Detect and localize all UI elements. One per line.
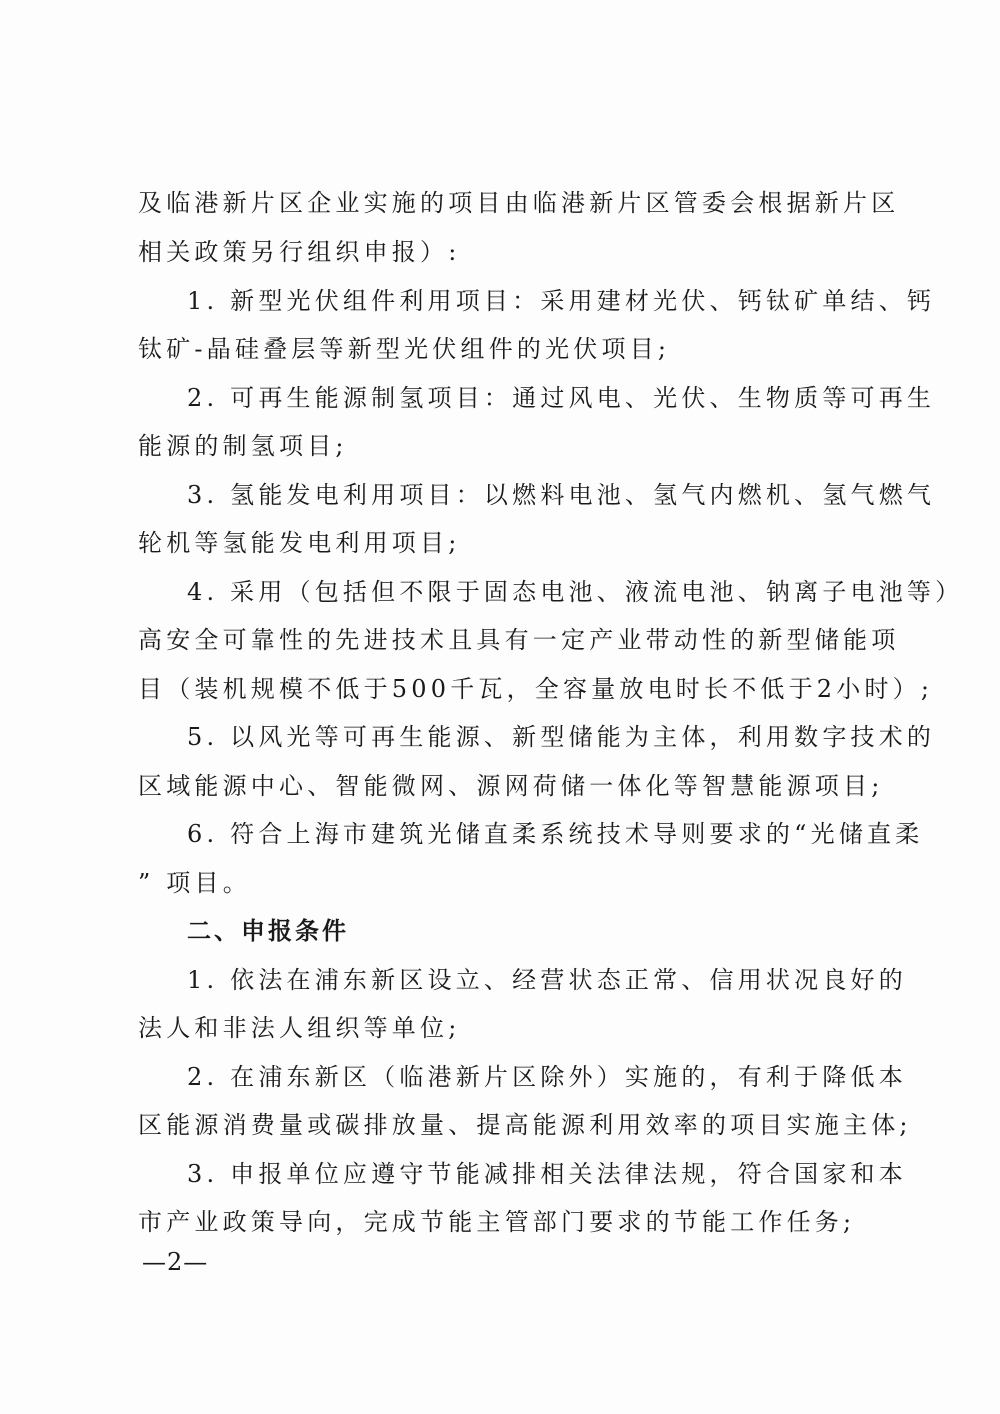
- list-item-1: 1. 新型光伏组件利用项目：采用建材光伏、钙钛矿单结、钙: [187, 286, 877, 316]
- list-item-5: 5. 以风光等可再生能源、新型储能为主体，利用数字技术的: [187, 722, 877, 752]
- body-line: 钛矿-晶硅叠层等新型光伏组件的光伏项目;: [138, 334, 878, 364]
- body-line: 及临港新片区企业实施的项目由临港新片区管委会根据新片区: [138, 188, 878, 218]
- body-line: 能源的制氢项目;: [138, 431, 878, 461]
- body-line: 高安全可靠性的先进技术且具有一定产业带动性的新型储能项: [138, 625, 878, 655]
- list-item-4: 4. 采用（包括但不限于固态电池、液流电池、钠离子电池等）: [187, 577, 877, 607]
- body-line: ” 项目。: [138, 868, 878, 898]
- condition-item-1: 1. 依法在浦东新区设立、经营状态正常、信用状况良好的: [187, 965, 877, 995]
- body-line: 法人和非法人组织等单位;: [138, 1013, 878, 1043]
- page-number: —2—: [142, 1248, 208, 1276]
- list-item-2: 2. 可再生能源制氢项目：通过风电、光伏、生物质等可再生: [187, 383, 877, 413]
- body-line: 目（装机规模不低于500千瓦，全容量放电时长不低于2小时）;: [138, 674, 878, 704]
- body-line: 市产业政策导向，完成节能主管部门要求的节能工作任务;: [138, 1207, 878, 1237]
- body-line: 区能源消费量或碳排放量、提高能源利用效率的项目实施主体;: [138, 1110, 878, 1140]
- condition-item-2: 2. 在浦东新区（临港新片区除外）实施的，有利于降低本: [187, 1062, 877, 1092]
- list-item-3: 3. 氢能发电利用项目：以燃料电池、氢气内燃机、氢气燃气: [187, 480, 877, 510]
- list-item-6: 6. 符合上海市建筑光储直柔系统技术导则要求的“光储直柔: [187, 819, 877, 849]
- section-heading: 二、申报条件: [187, 916, 877, 946]
- condition-item-3: 3. 申报单位应遵守节能减排相关法律法规，符合国家和本: [187, 1159, 877, 1189]
- body-line: 相关政策另行组织申报）:: [138, 237, 878, 267]
- document-page: 及临港新片区企业实施的项目由临港新片区管委会根据新片区 相关政策另行组织申报）:…: [0, 0, 1000, 1414]
- body-line: 轮机等氢能发电利用项目;: [138, 528, 878, 558]
- body-line: 区域能源中心、智能微网、源网荷储一体化等智慧能源项目;: [138, 771, 878, 801]
